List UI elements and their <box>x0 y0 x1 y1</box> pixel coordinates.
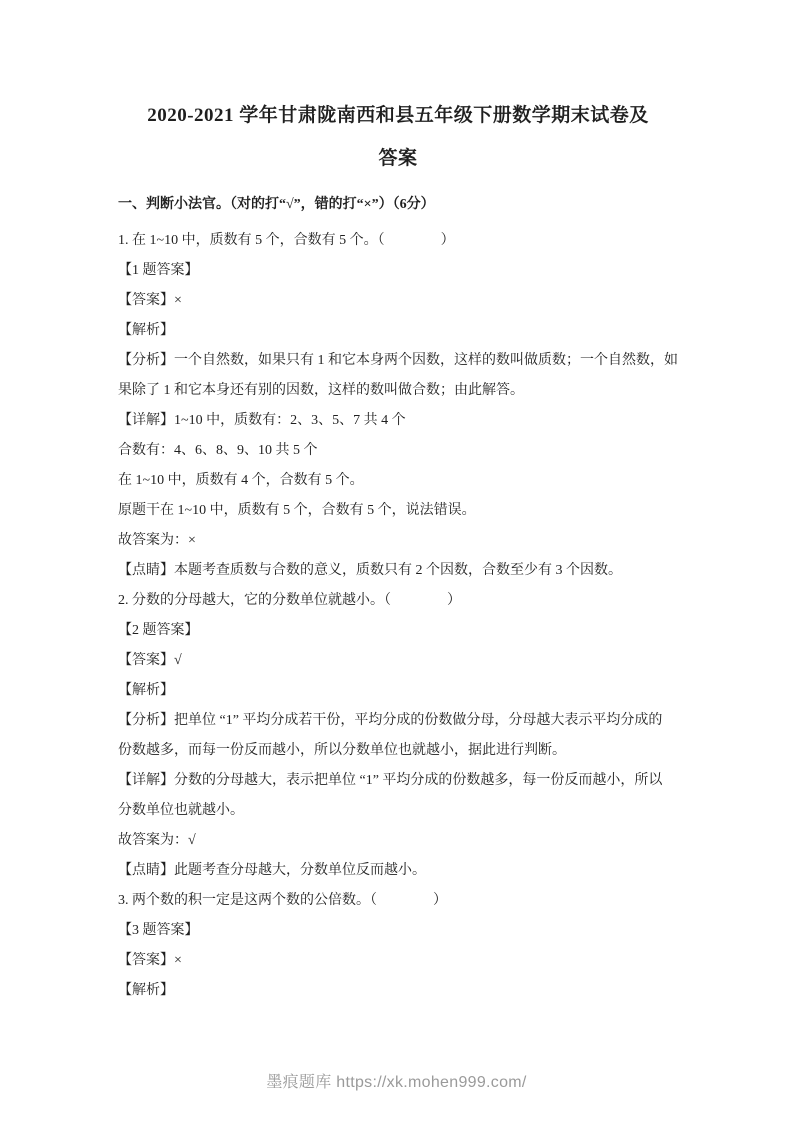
section-heading: 一、判断小法官。（对的打“√”，错的打“×”）（6分） <box>118 190 678 220</box>
document-title-line-1: 2020-2021 学年甘肃陇南西和县五年级下册数学期末试卷及 <box>118 94 678 137</box>
doc-line: 【分析】把单位 “1” 平均分成若干份，平均分成的份数做分母，分母越大表示平均分… <box>118 706 678 736</box>
doc-line: 3. 两个数的积一定是这两个数的公倍数。（ ） <box>118 886 678 916</box>
doc-line: 分数单位也就越小。 <box>118 796 678 826</box>
document-page: 2020-2021 学年甘肃陇南西和县五年级下册数学期末试卷及 答案 一、判断小… <box>0 0 793 1122</box>
document-body: 1. 在 1~10 中，质数有 5 个，合数有 5 个。（ ） 【1 题答案】 … <box>118 226 678 1006</box>
doc-line: 【解析】 <box>118 976 678 1006</box>
doc-line: 2. 分数的分母越大，它的分数单位就越小。（ ） <box>118 586 678 616</box>
doc-line: 故答案为：× <box>118 526 678 556</box>
doc-line: 果除了 1 和它本身还有别的因数，这样的数叫做合数；由此解答。 <box>118 376 678 406</box>
document-title: 2020-2021 学年甘肃陇南西和县五年级下册数学期末试卷及 答案 <box>118 94 678 180</box>
doc-line: 故答案为：√ <box>118 826 678 856</box>
doc-line: 1. 在 1~10 中，质数有 5 个，合数有 5 个。（ ） <box>118 226 678 256</box>
doc-line: 【答案】√ <box>118 646 678 676</box>
doc-line: 【1 题答案】 <box>118 256 678 286</box>
footer-watermark: 墨痕题库 https://xk.mohen999.com/ <box>0 1069 793 1092</box>
doc-line: 【详解】分数的分母越大，表示把单位 “1” 平均分成的份数越多，每一份反而越小，… <box>118 766 678 796</box>
doc-line: 【点睛】此题考查分母越大，分数单位反而越小。 <box>118 856 678 886</box>
document-title-line-2: 答案 <box>118 137 678 180</box>
doc-line: 【3 题答案】 <box>118 916 678 946</box>
doc-line: 【答案】× <box>118 946 678 976</box>
doc-line: 【详解】1~10 中，质数有：2、3、5、7 共 4 个 <box>118 406 678 436</box>
doc-line: 原题干在 1~10 中，质数有 5 个，合数有 5 个，说法错误。 <box>118 496 678 526</box>
doc-line: 【解析】 <box>118 676 678 706</box>
doc-line: 份数越多，而每一份反而越小，所以分数单位也就越小，据此进行判断。 <box>118 736 678 766</box>
doc-line: 【点睛】本题考查质数与合数的意义，质数只有 2 个因数，合数至少有 3 个因数。 <box>118 556 678 586</box>
doc-line: 【2 题答案】 <box>118 616 678 646</box>
doc-line: 【解析】 <box>118 316 678 346</box>
doc-line: 在 1~10 中，质数有 4 个，合数有 5 个。 <box>118 466 678 496</box>
doc-line: 合数有：4、6、8、9、10 共 5 个 <box>118 436 678 466</box>
doc-line: 【答案】× <box>118 286 678 316</box>
doc-line: 【分析】一个自然数，如果只有 1 和它本身两个因数，这样的数叫做质数；一个自然数… <box>118 346 678 376</box>
